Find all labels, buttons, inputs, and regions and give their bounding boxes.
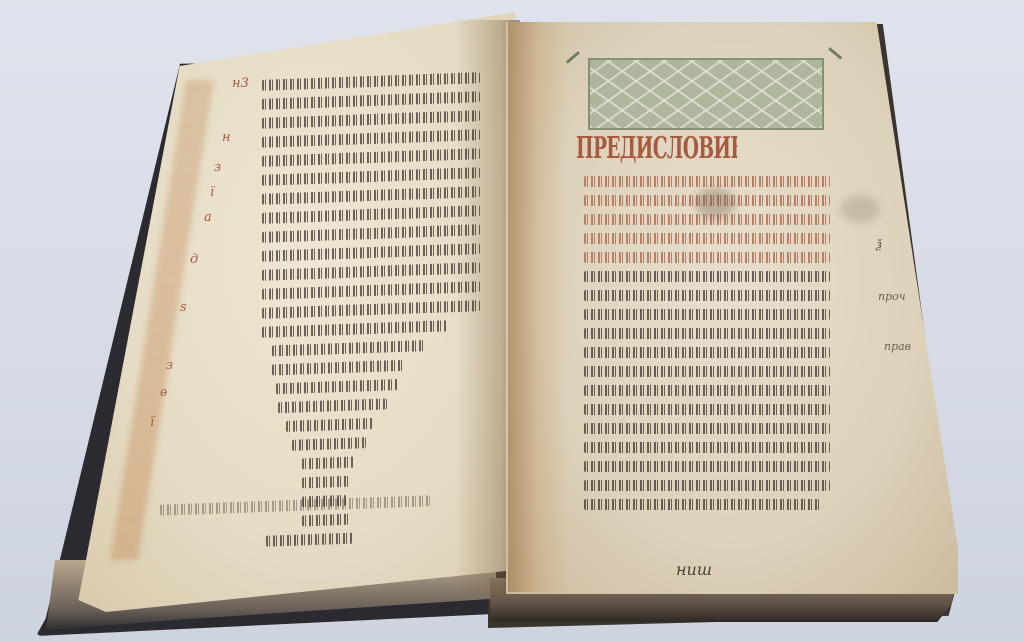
left-page-text [262,72,480,555]
margin-numeral: ї [210,185,214,200]
ink-stain [695,188,735,218]
margin-numeral: ї [150,415,154,430]
margin-numeral: з [214,160,221,175]
margin-numeral: н [222,130,231,145]
ink-stain [840,195,880,223]
rubric-title: ПРЕДИСЛОВИЕ СВЯТАГО [576,130,737,168]
margin-numeral: а [204,210,212,225]
folio-mark: н3 [232,76,249,91]
margin-note: прав [884,340,911,353]
right-page-gutter-stain [508,22,568,592]
margin-numeral: з [166,358,173,373]
pencil-mark: ниш [676,560,712,579]
margin-numeral: ѕ [180,300,187,315]
margin-note: проч [878,290,906,303]
margin-note: ѯ [876,236,881,252]
margin-numeral: ѳ [160,385,167,400]
margin-numeral: д [190,252,198,267]
photo-scene: н3 н з ї а д ѕ з ѳ ї ПРЕДИСЛОВИЕ СВЯТАГО [0,0,1024,641]
right-page-text [584,176,830,518]
ornamental-headpiece [588,58,824,130]
